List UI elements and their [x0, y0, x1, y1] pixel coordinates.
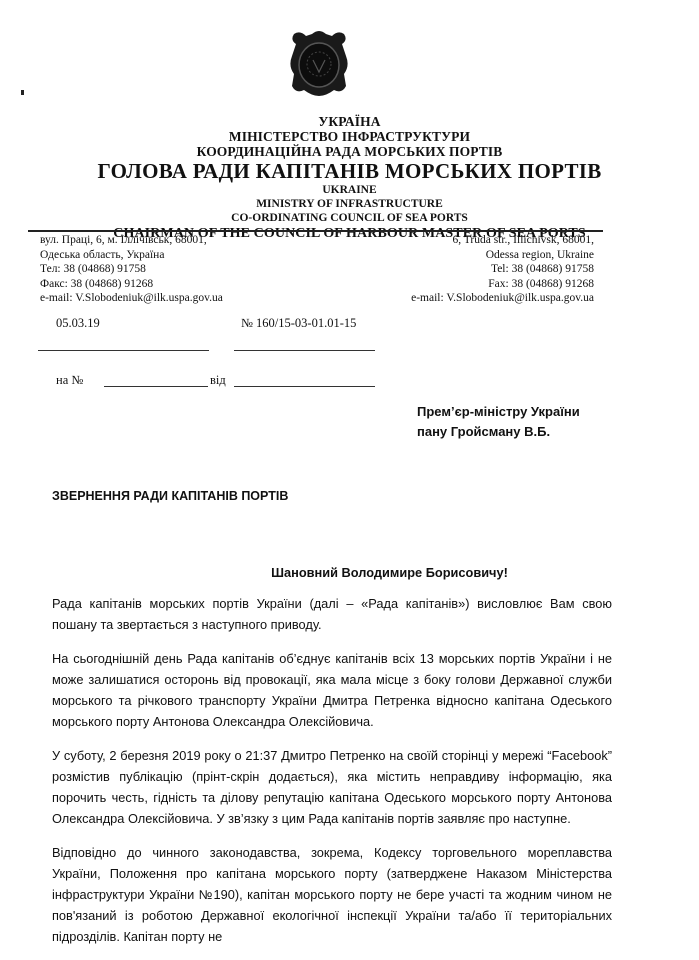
address-en-street: 6, Truda str., Illichivsk, 68001, [411, 233, 594, 248]
coat-of-arms-emblem-icon [288, 30, 350, 98]
letterhead-divider [28, 230, 603, 232]
reply-to-label: на № [56, 373, 83, 388]
letterhead-ua-title: ГОЛОВА РАДИ КАПІТАНІВ МОРСЬКИХ ПОРТІВ [0, 159, 699, 183]
address-en-fax: Fax: 38 (04868) 91268 [411, 277, 594, 292]
registration-number: № 160/15-03-01.01-15 [241, 316, 356, 331]
address-ua-region: Одеська область, Україна [40, 248, 223, 263]
body-paragraph: Відповідно до чинного законодавства, зок… [52, 842, 612, 947]
from-underline [234, 386, 375, 387]
addressee-line-2: пану Гройсману В.Б. [417, 422, 580, 442]
regno-underline [234, 350, 375, 351]
address-en-region: Odessa region, Ukraine [411, 248, 594, 263]
scan-speck [21, 90, 24, 95]
letterhead-en-country: UKRAINE [0, 183, 699, 197]
address-ukrainian: вул. Праці, 6, м. Іллічівськ, 68001, Оде… [40, 233, 223, 306]
letterhead-en-ministry: MINISTRY OF INFRASTRUCTURE [0, 197, 699, 211]
body-paragraph: Рада капітанів морських портів України (… [52, 593, 612, 635]
letterhead-ua-council: КООРДИНАЦІЙНА РАДА МОРСЬКИХ ПОРТІВ [0, 144, 699, 159]
from-label: від [210, 373, 226, 388]
reply-to-underline [104, 386, 208, 387]
letterhead-en-council: CO-ORDINATING COUNCIL OF SEA PORTS [0, 211, 699, 225]
document-date: 05.03.19 [56, 316, 100, 331]
address-english: 6, Truda str., Illichivsk, 68001, Odessa… [411, 233, 594, 306]
address-en-email: e-mail: V.Slobodeniuk@ilk.uspa.gov.ua [411, 291, 594, 306]
letterhead: УКРАЇНА МІНІСТЕРСТВО ІНФРАСТРУКТУРИ КООР… [0, 114, 699, 242]
letterhead-ua-ministry: МІНІСТЕРСТВО ІНФРАСТРУКТУРИ [0, 129, 699, 144]
letter-body: Рада капітанів морських портів України (… [52, 593, 612, 960]
addressee-block: Прем’єр-міністру України пану Гройсману … [417, 402, 580, 442]
address-ua-tel: Тел: 38 (04868) 91758 [40, 262, 223, 277]
letterhead-ua-country: УКРАЇНА [0, 114, 699, 129]
address-en-tel: Tel: 38 (04868) 91758 [411, 262, 594, 277]
address-ua-email: e-mail: V.Slobodeniuk@ilk.uspa.gov.ua [40, 291, 223, 306]
addressee-line-1: Прем’єр-міністру України [417, 402, 580, 422]
address-ua-fax: Факс: 38 (04868) 91268 [40, 277, 223, 292]
body-paragraph: На сьогоднішній день Рада капітанів об’є… [52, 648, 612, 732]
salutation: Шановний Володимире Борисовичу! [0, 565, 699, 580]
address-ua-street: вул. Праці, 6, м. Іллічівськ, 68001, [40, 233, 223, 248]
body-paragraph: У суботу, 2 березня 2019 року о 21:37 Дм… [52, 745, 612, 829]
subject-heading: ЗВЕРНЕННЯ РАДИ КАПІТАНІВ ПОРТІВ [52, 489, 288, 503]
date-underline [38, 350, 209, 351]
